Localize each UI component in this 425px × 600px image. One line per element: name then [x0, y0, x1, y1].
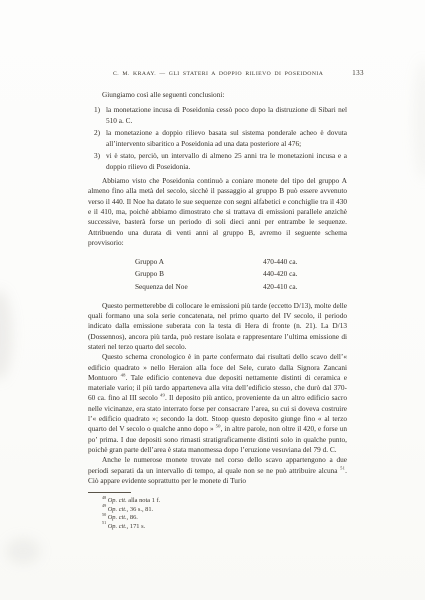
conclusion-number: 3) — [94, 151, 106, 172]
schema-row-gruppo-b: Gruppo B 440-420 ca. — [135, 268, 347, 280]
conclusions-list: 1) la monetazione incusa di Poseidonia c… — [88, 105, 347, 172]
page-number: 133 — [352, 70, 364, 77]
scan-smudge — [0, 290, 12, 380]
footnote-rest: alla nota 1 f. — [127, 497, 161, 504]
conclusion-item-2: 2) la monetazione a doppio rilievo basat… — [94, 128, 347, 149]
footnote-rule — [88, 492, 131, 493]
footnote-item-48: 48Op. cit. alla nota 1 f. — [88, 497, 347, 506]
footnote-abbr: Op. cit., — [108, 523, 129, 530]
conclusion-number: 1) — [94, 105, 106, 126]
schema-row-gruppo-a: Gruppo A 470-440 ca. — [135, 256, 347, 268]
schema-label: Gruppo B — [135, 268, 263, 280]
footnote-number: 49 — [102, 503, 106, 508]
paragraph-abbiamo-visto: Abbiamo visto che Poseidonia continuò a … — [88, 176, 347, 248]
intro-paragraph: Giungiamo così alle seguenti conclusioni… — [88, 90, 347, 100]
conclusion-text: vi è stato, perciò, un intervallo di alm… — [106, 151, 347, 172]
footnote-rest: 171 s. — [128, 523, 145, 530]
paragraph-text: Anche le numerose monete trovate nel cor… — [88, 455, 347, 474]
schema-value: 470-440 ca. — [263, 256, 297, 268]
page: C. M. KRAAY. — GLI STATERI A DOPPIO RILI… — [0, 0, 425, 600]
scan-smudge — [413, 60, 425, 180]
conclusion-text: la monetazione incusa di Poseidonia cess… — [106, 105, 347, 126]
running-header: C. M. KRAAY. — GLI STATERI A DOPPIO RILI… — [88, 70, 364, 77]
footnote-abbr: Op. cit., — [108, 506, 129, 513]
conclusion-number: 2) — [94, 128, 106, 149]
schema-value: 440-420 ca. — [263, 268, 297, 280]
schema-label: Gruppo A — [135, 256, 263, 268]
footnote-rest: 86. — [128, 514, 138, 521]
footnote-abbr: Op. cit., — [108, 514, 129, 521]
footnote-item-50: 50Op. cit., 86. — [88, 514, 347, 523]
footnote-number: 51 — [102, 520, 106, 525]
conclusion-item-1: 1) la monetazione incusa di Poseidonia c… — [94, 105, 347, 126]
footnote-number: 48 — [102, 495, 106, 500]
schema-row-sequenza-noe: Sequenza del Noe 420-410 ca. — [135, 281, 347, 293]
footnote-number: 50 — [102, 512, 106, 517]
footnote-abbr: Op. cit. — [108, 497, 127, 504]
paragraph-questo-permetterebbe: Questo permetterebbe di collocare le emi… — [88, 301, 347, 352]
running-title: C. M. KRAAY. — GLI STATERI A DOPPIO RILI… — [88, 71, 323, 77]
footnote-rest: 36 s., 81. — [128, 506, 153, 513]
scan-smudge — [6, 538, 40, 564]
paragraph-anche-le-numerose: Anche le numerose monete trovate nel cor… — [88, 455, 347, 486]
footnote-item-51: 51Op. cit., 171 s. — [88, 523, 347, 532]
footnotes: 48Op. cit. alla nota 1 f. 49Op. cit., 36… — [88, 497, 347, 531]
page-content: C. M. KRAAY. — GLI STATERI A DOPPIO RILI… — [88, 70, 347, 531]
schema-table: Gruppo A 470-440 ca. Gruppo B 440-420 ca… — [135, 256, 347, 293]
paragraph-schema-cronologico: Questo schema cronologico è in parte con… — [88, 352, 347, 455]
footnote-item-49: 49Op. cit., 36 s., 81. — [88, 506, 347, 515]
schema-value: 420-410 ca. — [263, 281, 297, 293]
conclusion-text: la monetazione a doppio rilievo basata s… — [106, 128, 347, 149]
schema-label: Sequenza del Noe — [135, 281, 263, 293]
conclusion-item-3: 3) vi è stato, perciò, un intervallo di … — [94, 151, 347, 172]
